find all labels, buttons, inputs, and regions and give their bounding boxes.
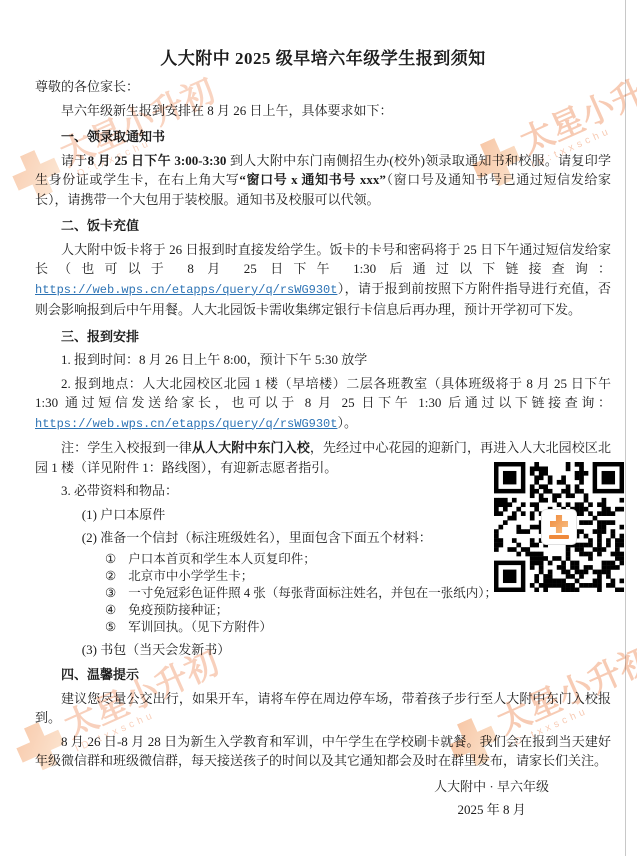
circled-number: ① <box>105 551 116 568</box>
text-run: 注：学生入校报到一律 <box>61 440 192 455</box>
section-1-paragraph: 请于8 月 25 日下午 3:00-3:30 到人大附中东门南侧招生办(校外)领… <box>35 151 611 210</box>
bold-entry-gate: 从人大附中东门入校 <box>192 440 310 455</box>
signature-date: 2025 年 8 月 <box>434 800 549 820</box>
intro-paragraph: 早六年级新生报到安排在 8 月 26 日上午，具体要求如下： <box>35 101 611 121</box>
brand-mini-text <box>549 535 569 539</box>
page-title: 人大附中 2025 级早培六年级学生报到须知 <box>35 44 611 69</box>
qr-center-logo <box>541 509 577 545</box>
text-run: ）。 <box>337 415 357 430</box>
checkin-time-item: 1. 报到时间：8 月 26 日上午 8:00，预计下午 5:30 放学 <box>35 350 611 370</box>
signature-block: 人大附中 · 早六年级 2025 年 8 月 <box>434 777 549 820</box>
circled-number: ③ <box>105 585 116 602</box>
bold-window-number: “窗口号 x 通知书号 xxx” <box>239 172 386 187</box>
material-text: 一寸免冠彩色证件照 4 张（每张背面标注姓名，并包在一张纸内）； <box>128 585 497 602</box>
section-1-heading: 一、领录取通知书 <box>35 127 611 147</box>
section-2-heading: 二、饭卡充值 <box>35 216 611 236</box>
class-query-link[interactable]: https://web.wps.cn/etapps/query/q/rsWG93… <box>35 417 337 431</box>
material-list-item: ⑤军训回执。（见下方附件） <box>35 619 611 636</box>
text-run: 请于 <box>61 153 88 168</box>
document-page: 人大附中 2025 级早培六年级学生报到须知 尊敬的各位家长： 早六年级新生报到… <box>0 0 637 856</box>
circled-number: ⑤ <box>105 619 116 636</box>
salutation: 尊敬的各位家长： <box>35 77 611 97</box>
section-2-paragraph: 人大附中饭卡将于 26 日报到时直接发给学生。饭卡的卡号和密码将于 25 日下午… <box>35 240 611 320</box>
meal-card-query-link[interactable]: https://web.wps.cn/etapps/query/q/rsWG93… <box>35 283 337 297</box>
checkin-location-item: 2. 报到地点：人大北园校区北园 1 楼（早培楼）二层各班教室（具体班级将于 8… <box>35 374 611 435</box>
schedule-tip-paragraph: 8 月 26 日-8 月 28 日为新生入学教育和军训，中午学生在学校刷卡就餐。… <box>35 732 611 771</box>
material-text: 免疫预防接种证； <box>128 602 228 619</box>
transport-tip-paragraph: 建议您尽量公交出行，如果开车，请将车停在周边停车场，带着孩子步行至人大附中东门入… <box>35 689 611 728</box>
materials-sub-item-3: (3) 书包（当天会发新书） <box>35 640 611 660</box>
section-3-heading: 三、报到安排 <box>35 327 611 347</box>
page-edge-line <box>625 0 626 856</box>
circled-number: ② <box>105 568 116 585</box>
material-list-item: ④免疫预防接种证； <box>35 602 611 619</box>
material-text: 户口本首页和学生本人页复印件； <box>128 551 316 568</box>
signature-org: 人大附中 · 早六年级 <box>434 777 549 797</box>
document-body: 人大附中 2025 级早培六年级学生报到须知 尊敬的各位家长： 早六年级新生报到… <box>35 0 611 820</box>
brand-cross-icon <box>550 515 568 533</box>
section-4-heading: 四、温馨提示 <box>35 665 611 685</box>
text-run: 人大附中饭卡将于 26 日报到时直接发给学生。饭卡的卡号和密码将于 25 日下午… <box>35 242 611 277</box>
qr-code <box>494 462 624 592</box>
material-text: 北京市中小学学生卡； <box>128 568 253 585</box>
text-run: 2. 报到地点：人大北园校区北园 1 楼（早培楼）二层各班教室（具体班级将于 8… <box>35 376 611 411</box>
bold-pickup-time: 8 月 25 日下午 3:00-3:30 <box>88 153 227 168</box>
circled-number: ④ <box>105 602 116 619</box>
material-text: 军训回执。（见下方附件） <box>128 619 272 636</box>
